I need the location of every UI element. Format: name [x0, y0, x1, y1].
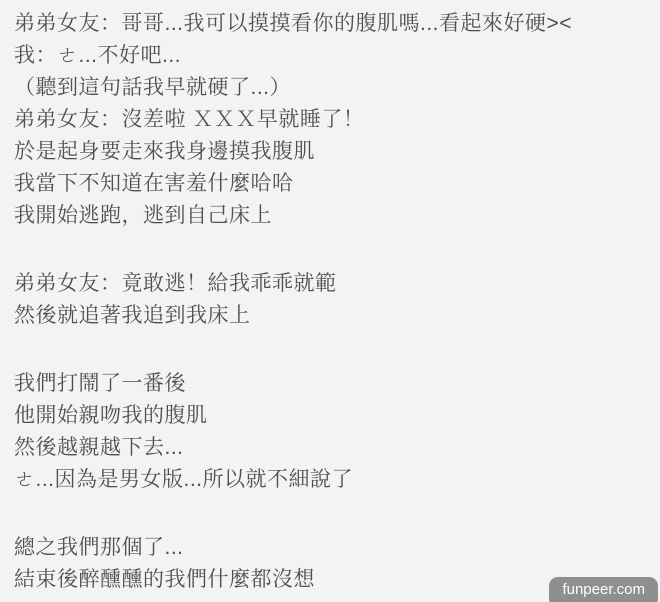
story-paragraph: 我們打鬧了一番後 他開始親吻我的腹肌 然後越親越下去... ㄜ...因為是男女版… [14, 368, 648, 496]
story-line: （聽到這句話我早就硬了...） [14, 72, 648, 104]
story-line: 我們打鬧了一番後 [14, 368, 648, 400]
watermark-badge: funpeer.com [549, 577, 658, 602]
story-line: 我開始逃跑，逃到自己床上 [14, 200, 648, 232]
story-content: 弟弟女友：哥哥...我可以摸摸看你的腹肌嗎...看起來好硬>< 我：ㄜ...不好… [0, 0, 660, 596]
story-line: 我當下不知道在害羞什麼哈哈 [14, 168, 648, 200]
story-paragraph: 弟弟女友：竟敢逃！給我乖乖就範 然後就追著我追到我床上 [14, 268, 648, 332]
story-line: 弟弟女友：沒差啦 ＸＸＸ早就睡了！ [14, 104, 648, 136]
story-line: 於是起身要走來我身邊摸我腹肌 [14, 136, 648, 168]
story-page: 弟弟女友：哥哥...我可以摸摸看你的腹肌嗎...看起來好硬>< 我：ㄜ...不好… [0, 0, 660, 602]
story-line: 然後越親越下去... [14, 432, 648, 464]
story-line: 我：ㄜ...不好吧... [14, 40, 648, 72]
story-line: 弟弟女友：竟敢逃！給我乖乖就範 [14, 268, 648, 300]
story-line: 弟弟女友：哥哥...我可以摸摸看你的腹肌嗎...看起來好硬>< [14, 8, 648, 40]
story-line: 總之我們那個了... [14, 532, 648, 564]
story-line: 他開始親吻我的腹肌 [14, 400, 648, 432]
story-line: 然後就追著我追到我床上 [14, 300, 648, 332]
story-line: ㄜ...因為是男女版...所以就不細說了 [14, 464, 648, 496]
story-paragraph: 弟弟女友：哥哥...我可以摸摸看你的腹肌嗎...看起來好硬>< 我：ㄜ...不好… [14, 8, 648, 232]
